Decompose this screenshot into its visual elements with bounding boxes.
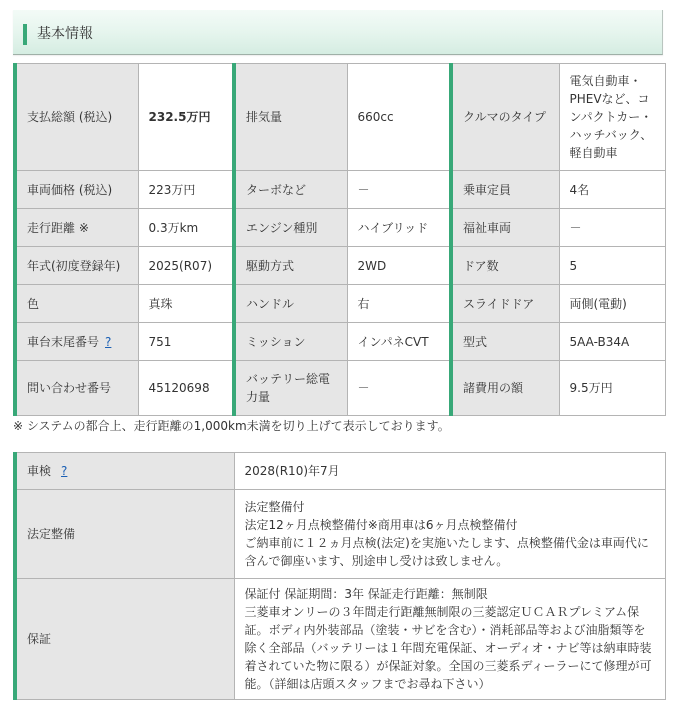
label-vehicle-price: 車両価格 (税込) <box>15 171 138 209</box>
label-color: 色 <box>15 285 138 323</box>
value-mileage: 0.3万km <box>138 209 234 247</box>
value-turbo: － <box>347 171 451 209</box>
maintenance-line: 法定12ヶ月点検整備付※商用車は6ヶ月点検整備付 <box>245 516 655 534</box>
section-accent-bar <box>23 24 27 45</box>
value-transmission: インパネCVT <box>347 323 451 361</box>
label-steering: ハンドル <box>234 285 347 323</box>
label-transmission: ミッション <box>234 323 347 361</box>
value-vehicle-price: 223万円 <box>138 171 234 209</box>
table-row: 支払総額 (税込) 232.5万円 排気量 660cc クルマのタイプ 電気自動… <box>15 64 665 171</box>
label-battery-capacity: バッテリー総電力量 <box>234 361 347 416</box>
table-row: 問い合わせ番号 45120698 バッテリー総電力量 － 諸費用の額 9.5万円 <box>15 361 665 416</box>
table-row: 車両価格 (税込) 223万円 ターボなど － 乗車定員 4名 <box>15 171 665 209</box>
section-title: 基本情報 <box>37 24 93 44</box>
value-total-price: 232.5万円 <box>138 64 234 171</box>
label-turbo: ターボなど <box>234 171 347 209</box>
value-chassis-number: 751 <box>138 323 234 361</box>
label-warranty: 保証 <box>15 579 234 700</box>
label-inquiry-number: 問い合わせ番号 <box>15 361 138 416</box>
maintenance-line: 法定整備付 <box>245 498 655 516</box>
table-row: 年式(初度登録年) 2025(R07) 駆動方式 2WD ドア数 5 <box>15 247 665 285</box>
label-displacement: 排気量 <box>234 64 347 171</box>
label-chassis-number-cell: 車台末尾番号? <box>15 323 138 361</box>
section-header-basic-info: 基本情報 <box>13 10 663 55</box>
value-model-code: 5AA-B34A <box>559 323 665 361</box>
table-row: 車検? 2028(R10)年7月 <box>15 453 665 490</box>
warranty-line: 保証付 保証期間：3年 保証走行距離：無制限 <box>245 585 655 603</box>
value-drive-system: 2WD <box>347 247 451 285</box>
value-capacity: 4名 <box>559 171 665 209</box>
mileage-footnote: ※ システムの都合上、走行距離の1,000km未満を切り上げて表示しております。 <box>13 418 450 434</box>
table-row: 保証 保証付 保証期間：3年 保証走行距離：無制限 三菱車オンリーの３年間走行距… <box>15 579 665 700</box>
value-misc-fees: 9.5万円 <box>559 361 665 416</box>
value-slide-door: 両側(電動) <box>559 285 665 323</box>
label-welfare-vehicle: 福祉車両 <box>451 209 559 247</box>
label-model-year: 年式(初度登録年) <box>15 247 138 285</box>
label-mileage: 走行距離 ※ <box>15 209 138 247</box>
value-color: 真珠 <box>138 285 234 323</box>
help-link-shaken[interactable]: ? <box>61 464 67 478</box>
value-maintenance: 法定整備付 法定12ヶ月点検整備付※商用車は6ヶ月点検整備付 ご納車前に１２ヵ月… <box>234 490 665 579</box>
label-maintenance: 法定整備 <box>15 490 234 579</box>
label-car-type: クルマのタイプ <box>451 64 559 171</box>
value-engine-type: ハイブリッド <box>347 209 451 247</box>
label-drive-system: 駆動方式 <box>234 247 347 285</box>
value-car-type: 電気自動車・PHEVなど、コンパクトカー・ハッチバック、軽自動車 <box>559 64 665 171</box>
label-chassis-number: 車台末尾番号 <box>27 335 99 349</box>
label-capacity: 乗車定員 <box>451 171 559 209</box>
value-battery-capacity: － <box>347 361 451 416</box>
detail-info-table: 車検? 2028(R10)年7月 法定整備 法定整備付 法定12ヶ月点検整備付※… <box>13 452 666 700</box>
label-total-price: 支払総額 (税込) <box>15 64 138 171</box>
label-slide-door: スライドドア <box>451 285 559 323</box>
label-shaken: 車検 <box>27 464 51 478</box>
table-row: 色 真珠 ハンドル 右 スライドドア 両側(電動) <box>15 285 665 323</box>
table-row: 車台末尾番号? 751 ミッション インパネCVT 型式 5AA-B34A <box>15 323 665 361</box>
value-doors: 5 <box>559 247 665 285</box>
value-steering: 右 <box>347 285 451 323</box>
value-welfare-vehicle: － <box>559 209 665 247</box>
help-link-chassis-number[interactable]: ? <box>105 335 111 349</box>
basic-info-table: 支払総額 (税込) 232.5万円 排気量 660cc クルマのタイプ 電気自動… <box>13 63 666 416</box>
label-model-code: 型式 <box>451 323 559 361</box>
value-shaken: 2028(R10)年7月 <box>234 453 665 490</box>
table-row: 法定整備 法定整備付 法定12ヶ月点検整備付※商用車は6ヶ月点検整備付 ご納車前… <box>15 490 665 579</box>
label-doors: ドア数 <box>451 247 559 285</box>
warranty-line: 三菱車オンリーの３年間走行距離無制限の三菱認定ＵＣＡＲプレミアム保証。ボディ内外… <box>245 603 655 693</box>
label-engine-type: エンジン種別 <box>234 209 347 247</box>
label-misc-fees: 諸費用の額 <box>451 361 559 416</box>
maintenance-line: ご納車前に１２ヵ月点検(法定)を実施いたします、点検整備代金は車両代に含んで御座… <box>245 534 655 570</box>
value-model-year: 2025(R07) <box>138 247 234 285</box>
label-shaken-cell: 車検? <box>15 453 234 490</box>
value-displacement: 660cc <box>347 64 451 171</box>
table-row: 走行距離 ※ 0.3万km エンジン種別 ハイブリッド 福祉車両 － <box>15 209 665 247</box>
value-inquiry-number: 45120698 <box>138 361 234 416</box>
value-warranty: 保証付 保証期間：3年 保証走行距離：無制限 三菱車オンリーの３年間走行距離無制… <box>234 579 665 700</box>
